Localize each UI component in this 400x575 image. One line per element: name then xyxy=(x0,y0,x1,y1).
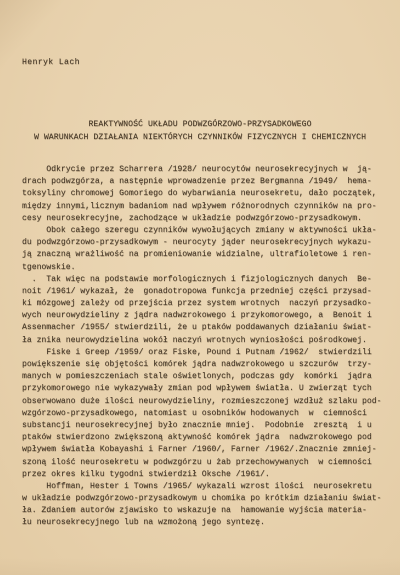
text-line: Obok całego szeregu czynników wywołujący… xyxy=(22,225,381,237)
text-line: powiększenie się objętości komórek jądra… xyxy=(22,359,381,371)
text-line: toksyliny chromowej Gomoriego do wybarwi… xyxy=(22,188,381,200)
text-line: Fiske i Greep /1959/ oraz Fiske, Pound i… xyxy=(22,347,381,359)
text-line: Odkrycie przez Scharrera /1928/ neurocyt… xyxy=(22,164,381,176)
text-line: obserwowano duże ilości neurowydzieliny,… xyxy=(22,396,381,408)
text-line: du podwzgórzowo-przysadkowym - neurocyty… xyxy=(22,237,381,249)
text-line: noit /1961/ wykazał, że gonadotropowa fu… xyxy=(22,286,381,298)
author-name: Henryk Lach xyxy=(22,58,80,67)
scanned-typescript-page: { "document": { "author": "Henryk Lach",… xyxy=(0,0,400,575)
text-line: przez okres kilku tygodni stwierdził Oks… xyxy=(22,469,381,481)
text-line: szoną ilość neurosekretu w podwzgórzu u … xyxy=(22,457,381,469)
title-line-1: REAKTYWNOŚĆ UKŁADU PODWZGÓRZOWO-PRZYSADK… xyxy=(0,119,400,132)
text-line: manych w pomieszczeniach stale oświetlon… xyxy=(22,371,381,383)
text-line: ła. Zdaniem autorów zjawisko to wskazuje… xyxy=(22,505,381,517)
body-text: Odkrycie przez Scharrera /1928/ neurocyt… xyxy=(22,164,381,530)
text-line: ptaków stwierdzono zwiększoną aktywność … xyxy=(22,432,381,444)
text-line: cesy neurosekrecyjne, zachodzące w układ… xyxy=(22,213,381,225)
title-line-2: W WARUNKACH DZIAŁANIA NIEKTÓRYCH CZYNNIK… xyxy=(0,132,400,145)
text-line: drach podwzgórza, a następnie wprowadzen… xyxy=(22,176,381,188)
text-line: wpływem światła Kobayashi i Farner /1960… xyxy=(22,444,381,456)
text-line: ki mózgowej zależy od przejścia przez sy… xyxy=(22,298,381,310)
text-line: wych neurowydzieliny z jądra nadwzrokowe… xyxy=(22,310,381,322)
document-title: REAKTYWNOŚĆ UKŁADU PODWZGÓRZOWO-PRZYSADK… xyxy=(0,119,400,144)
text-line: substancji neurosekrecyjnej było znaczni… xyxy=(22,420,381,432)
text-line: Hoffman, Hester i Towns /1965/ wykazali … xyxy=(22,481,381,493)
text-line: ją znaczną wrażliwość na promieniowanie … xyxy=(22,249,381,261)
text-line: między innymi,licznym badaniom nad wpływ… xyxy=(22,201,381,213)
text-line: w układzie podwzgórzowo-przysadkowym u c… xyxy=(22,493,381,505)
text-line: tgenowskie. xyxy=(22,262,381,274)
text-line: łu neurosekrecyjnego lub na wzmożoną jeg… xyxy=(22,517,381,529)
text-line: wzgórzowo-przysadkowego, natomiast u oso… xyxy=(22,408,381,420)
text-line: Assenmacher /1955/ stwierdzili, że u pta… xyxy=(22,322,381,334)
text-line: . Tak więc na podstawie morfologicznych … xyxy=(22,274,381,286)
text-line: ła znika neurowydzielina wokół naczyń wr… xyxy=(22,335,381,347)
text-line: przykomorowego nie wykazywały zmian pod … xyxy=(22,383,381,395)
